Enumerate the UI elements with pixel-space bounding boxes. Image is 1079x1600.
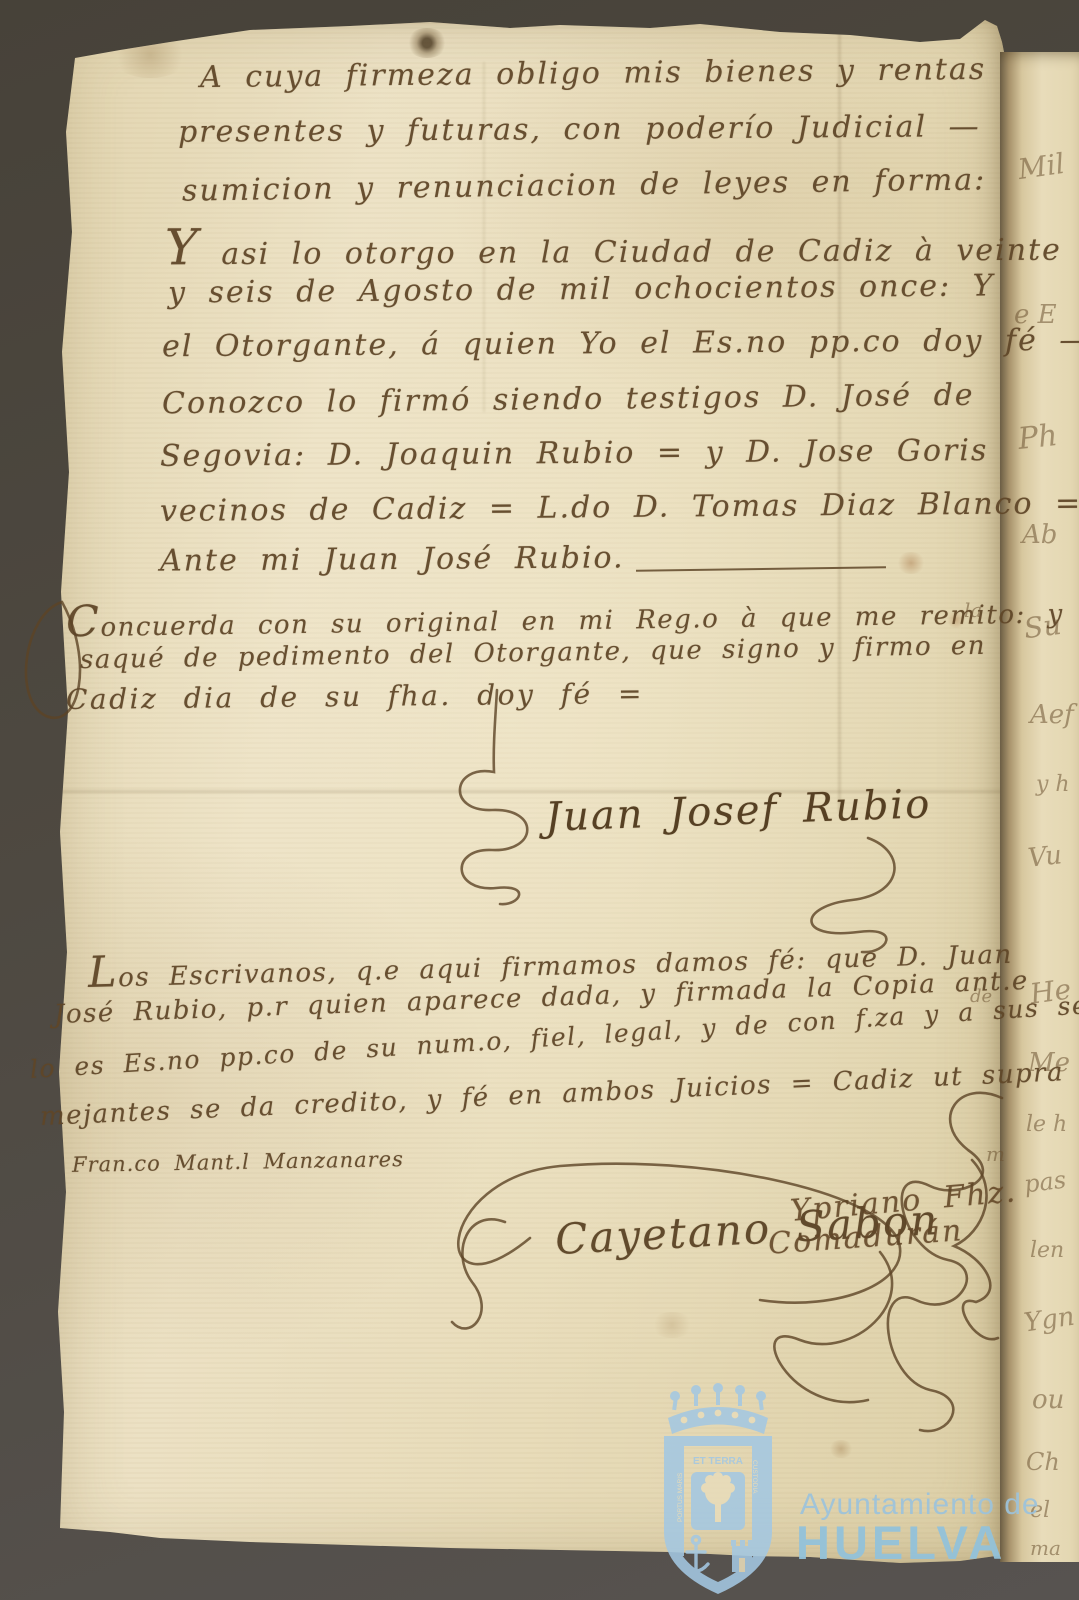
- edge-text-fragment: e E: [1014, 300, 1057, 330]
- edge-text-fragment: pas: [1022, 1166, 1067, 1199]
- edge-text-fragment: Ph: [1016, 418, 1059, 457]
- edge-text-fragment: Ch: [1026, 1448, 1060, 1476]
- edge-text-fragment: ma: [1030, 1536, 1061, 1560]
- manuscript-line: el Otorgante, á quien Yo el Es.no pp.co …: [162, 323, 1079, 364]
- crest-motto-right: CUSTODIA: [751, 1460, 758, 1494]
- manuscript-line: Segovia: D. Joaquin Rubio = y D. Jose Go…: [160, 433, 989, 474]
- edge-text-fragment: Ab: [1022, 520, 1057, 550]
- edge-text-fragment: Me: [1028, 1048, 1070, 1078]
- edge-text-fragment: len: [1030, 1238, 1064, 1263]
- manuscript-line: Y asi lo otorgo en la Ciudad de Cadiz à …: [165, 214, 1062, 277]
- foxing-stain: [110, 32, 190, 78]
- edge-text-fragment: m: [986, 1142, 1005, 1166]
- archive-scan: A cuya firmeza obligo mis bienes y renta…: [0, 0, 1079, 1600]
- tower-icon: [731, 1540, 753, 1572]
- foxing-stain: [896, 552, 926, 574]
- foxing-stain: [650, 1312, 694, 1338]
- edge-text-fragment: Vu: [1027, 840, 1064, 873]
- edge-text-fragment: ou: [1032, 1385, 1064, 1415]
- edge-text-fragment: Mil: [1016, 147, 1067, 186]
- edge-text-fragment: la: [964, 598, 982, 622]
- huelva-crest-icon: ET TERRA PORTUS MARIS CUSTODIA: [652, 1382, 784, 1600]
- anchor-icon: [684, 1536, 708, 1571]
- edge-text-fragment: de: [970, 986, 992, 1007]
- manuscript-line: y seis de Agosto de mil ochocientos once…: [168, 268, 995, 310]
- manuscript-line: presentes y futuras, con poderío Judicia…: [178, 109, 981, 150]
- edge-text-fragment: He: [1028, 972, 1073, 1010]
- edge-text-fragment: le h: [1026, 1112, 1067, 1137]
- watermark-org-wordmark: HUELVA: [796, 1515, 1006, 1570]
- crest-motto-left: PORTUS MARIS: [677, 1472, 684, 1522]
- crown-icon: [668, 1383, 768, 1434]
- crest-motto-top: ET TERRA: [693, 1456, 743, 1467]
- manuscript-line: Ante mi Juan José Rubio.: [160, 540, 625, 578]
- edge-text-fragment: y h: [1036, 772, 1070, 797]
- manuscript-line: Cadiz dia de su fha. doy fé =: [66, 677, 644, 716]
- vertical-fold-crease: [838, 32, 841, 812]
- foxing-stain: [828, 1440, 854, 1458]
- edge-text-fragment: Su: [1022, 608, 1063, 645]
- ink-stain: [406, 28, 448, 58]
- edge-text-fragment: Aef: [1030, 700, 1074, 730]
